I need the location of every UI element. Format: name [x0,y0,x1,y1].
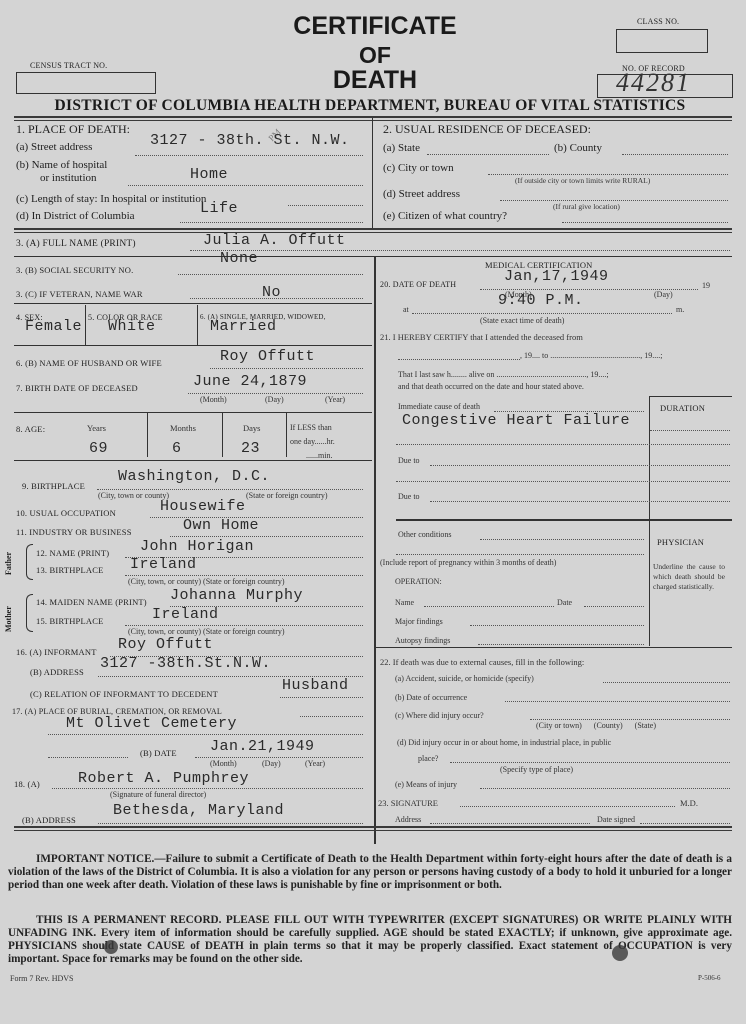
where-injury-caption: (City or town) (County) (State) [536,721,656,730]
length-of-stay-label: (c) Length of stay: In hospital or insti… [16,193,206,205]
burial-place-value[interactable]: Mt Olivet Cemetery [66,715,237,732]
mother-birthplace-caption: (City, town, or county) (State or foreig… [128,627,285,636]
hospital-label-1: (b) Name of hospital [16,159,107,171]
class-no-box[interactable] [616,29,708,53]
birthplace-label: 9. BIRTHPLACE [22,481,85,491]
birthplace-city-caption: (City, town or county) [98,491,169,500]
birthplace-value[interactable]: Washington, D.C. [118,468,270,485]
operation-label: OPERATION: [395,577,442,586]
full-name-value[interactable]: Julia A. Offutt [203,232,346,249]
mother-name-value[interactable]: Johanna Murphy [170,587,303,604]
funeral-address-label: (b) ADDRESS [22,815,76,825]
time-suffix: m. [676,305,684,314]
time-of-death-value[interactable]: 9:40 P.M. [498,292,584,309]
district-label: (d) In District of Columbia [16,210,135,222]
important-notice: IMPORTANT NOTICE.—Failure to submit a Ce… [8,853,732,892]
duration-divider [649,396,650,646]
funeral-director-value[interactable]: Robert A. Pumphrey [78,770,249,787]
mother-birthplace-value[interactable]: Ireland [152,606,219,623]
last-saw-line: That I last saw h........ alive on .....… [398,370,609,379]
birthplace-state-caption: (State or foreign country) [246,491,328,500]
title-of: OF [280,42,470,69]
title-death: DEATH [280,66,470,95]
burial-month-caption: (Month) [210,759,237,768]
residence-city-label: (c) City or town [383,162,454,174]
header-rule [14,116,732,121]
record-no-box[interactable]: 44281 [597,74,733,98]
birth-year-caption: (Year) [325,395,345,404]
form-id: Form 7 Rev. HDVS [10,974,73,983]
where-injury-label: (c) Where did injury occur? [395,711,484,720]
mother-birthplace-label: 15. BIRTHPLACE [36,616,103,626]
date-of-death-suffix: 19 [702,281,710,290]
less-than-day-1: If LESS than [290,423,332,432]
funeral-address-value[interactable]: Bethesda, Maryland [113,802,284,819]
mother-bracket [26,594,33,632]
age-days-value[interactable]: 23 [241,440,260,457]
father-birthplace-value[interactable]: Ireland [130,556,197,573]
days-label: Days [243,423,260,433]
date-of-death-value[interactable]: Jan,17,1949 [504,268,609,285]
veteran-value[interactable]: No [262,284,281,301]
operation-date-label: Date [557,598,572,607]
time-caption: (State exact time of death) [480,316,564,325]
occurrence-date-label: (b) Date of occurrence [395,693,467,702]
section-divider [372,118,373,230]
hospital-label-2: or institution [40,172,97,184]
immediate-cause-label: Immediate cause of death [398,402,480,411]
external-heading: 22. If death was due to external causes,… [380,657,584,667]
from-to-line: , 19.... to ............................… [520,351,662,360]
ssn-value[interactable]: None [220,250,258,267]
funeral-director-label: 18. (a) [14,779,40,789]
informant-address-label: (b) ADDRESS [30,667,84,677]
father-bracket [26,544,33,580]
veteran-label: 3. (c) IF VETERAN, NAME WAR [16,289,143,299]
residence-city-note: (If outside city or town limits write RU… [515,176,650,185]
race-value[interactable]: White [108,318,156,335]
residence-street-note: (If rural give location) [553,202,620,211]
duration-label: DURATION [660,403,705,413]
physician-label: PHYSICIAN [657,537,704,547]
months-label: Months [170,423,196,433]
residence-street-label: (d) Street address [383,188,460,200]
did-injury-label-2: place? [418,754,438,763]
sex-value[interactable]: Female [25,318,82,335]
birth-month-caption: (Month) [200,395,227,404]
census-tract-box[interactable] [16,72,156,94]
punch-hole-left [104,940,118,954]
years-label: Years [87,423,106,433]
usual-residence-heading: 2. USUAL RESIDENCE OF DECEASED: [383,122,591,137]
department-heading: DISTRICT OF COLUMBIA HEALTH DEPARTMENT, … [20,97,720,115]
spouse-label: 6. (b) NAME OF HUSBAND OR WIFE [16,358,162,368]
citizen-label: (e) Citizen of what country? [383,210,507,222]
place-of-death-heading: 1. PLACE OF DEATH: [16,122,130,137]
father-birthplace-label: 13. BIRTHPLACE [36,565,103,575]
occurred-line: and that death occurred on the date and … [398,382,584,391]
father-birthplace-caption: (City, town, or county) (State or foreig… [128,577,285,586]
signature-label: 23. SIGNATURE [378,798,438,808]
certify-label: 21. I HEREBY CERTIFY that I attended the… [380,332,583,342]
industry-label: 11. INDUSTRY OR BUSINESS [16,527,132,537]
mother-side-label: Mother [4,606,13,632]
occupation-label: 10. USUAL OCCUPATION [16,508,116,518]
form-code: P-506-6 [698,974,721,982]
funeral-director-caption: (Signature of funeral director) [110,790,206,799]
occupation-value[interactable]: Housewife [160,498,246,515]
mother-name-label: 14. MAIDEN NAME (Print) [36,597,147,607]
census-tract-label: CENSUS TRACT NO. [30,61,107,70]
less-than-day-3: ......min. [306,451,332,460]
residence-state-label: (a) State [383,142,420,154]
age-label: 8. AGE: [16,424,45,434]
punch-hole-right [612,945,628,961]
did-injury-label-1: (d) Did injury occur in or about home, i… [397,738,611,747]
father-name-value[interactable]: John Horigan [140,538,254,555]
informant-address-value[interactable]: 3127 -38th.St.N.W. [100,655,271,672]
father-side-label: Father [4,552,13,575]
birth-date-label: 7. BIRTH DATE OF DECEASED [16,383,138,393]
other-conditions-label: Other conditions [398,530,452,539]
major-findings-label: Major findings [395,617,443,626]
autopsy-findings-label: Autopsy findings [395,636,450,645]
main-column-divider [374,256,376,844]
marital-value[interactable]: Married [210,318,277,335]
due-to-1-label: Due to [398,456,420,465]
birth-date-value[interactable]: June 24,1879 [193,373,307,390]
residence-county-label: (b) County [554,142,602,154]
burial-year-caption: (Year) [305,759,325,768]
ssn-label: 3. (b) SOCIAL SECURITY NO. [16,265,133,275]
class-no-label: CLASS NO. [637,17,679,26]
informant-value[interactable]: Roy Offutt [118,636,213,653]
relation-value[interactable]: Husband [282,677,349,694]
date-of-death-label: 20. DATE OF DEATH [380,280,456,289]
less-than-day-2: one day......hr. [290,437,335,446]
signature-line[interactable] [460,806,675,807]
informant-label: 16. (a) INFORMANT [16,647,97,657]
section-rule-2 [14,228,732,233]
physician-note: Underline the cause to which death shoul… [653,562,725,592]
age-months-value[interactable]: 6 [172,440,182,457]
date-signed-label: Date signed [597,815,635,824]
father-name-label: 12. NAME (Print) [36,548,109,558]
burial-date-label: (b) DATE [140,748,177,758]
physician-address-label: Address [395,815,421,824]
age-years-value[interactable]: 69 [89,440,108,457]
spouse-value[interactable]: Roy Offutt [220,348,315,365]
death-day-caption: (Day) [654,290,673,299]
district-value[interactable]: Life [200,200,238,217]
industry-value[interactable]: Own Home [183,517,259,534]
at-label: at [403,305,409,314]
bottom-rule [14,826,732,831]
did-injury-caption: (Specify type of place) [500,765,573,774]
hospital-value[interactable]: Home [190,166,228,183]
pregnancy-note: (Include report of pregnancy within 3 mo… [380,558,556,567]
accident-label: (a) Accident, suicide, or homicide (spec… [395,674,534,683]
due-to-2-label: Due to [398,492,420,501]
birth-day-caption: (Day) [265,395,284,404]
burial-date-value[interactable]: Jan.21,1949 [210,738,315,755]
means-of-injury-label: (e) Means of injury [395,780,457,789]
record-no-value: 44281 [616,68,691,98]
immediate-cause-value[interactable]: Congestive Heart Failure [402,412,630,429]
full-name-label: 3. (a) FULL NAME (Print) [16,239,136,249]
street-address-value[interactable]: 3127 - 38th. St. N.W. [150,132,350,149]
burial-day-caption: (Day) [262,759,281,768]
operation-name-label: Name [395,598,414,607]
street-address-label: (a) Street address [16,141,92,153]
title-certificate: CERTIFICATE [280,12,470,41]
relation-label: (c) RELATION OF INFORMANT TO DECEDENT [30,689,218,699]
md-label: M.D. [680,798,698,808]
